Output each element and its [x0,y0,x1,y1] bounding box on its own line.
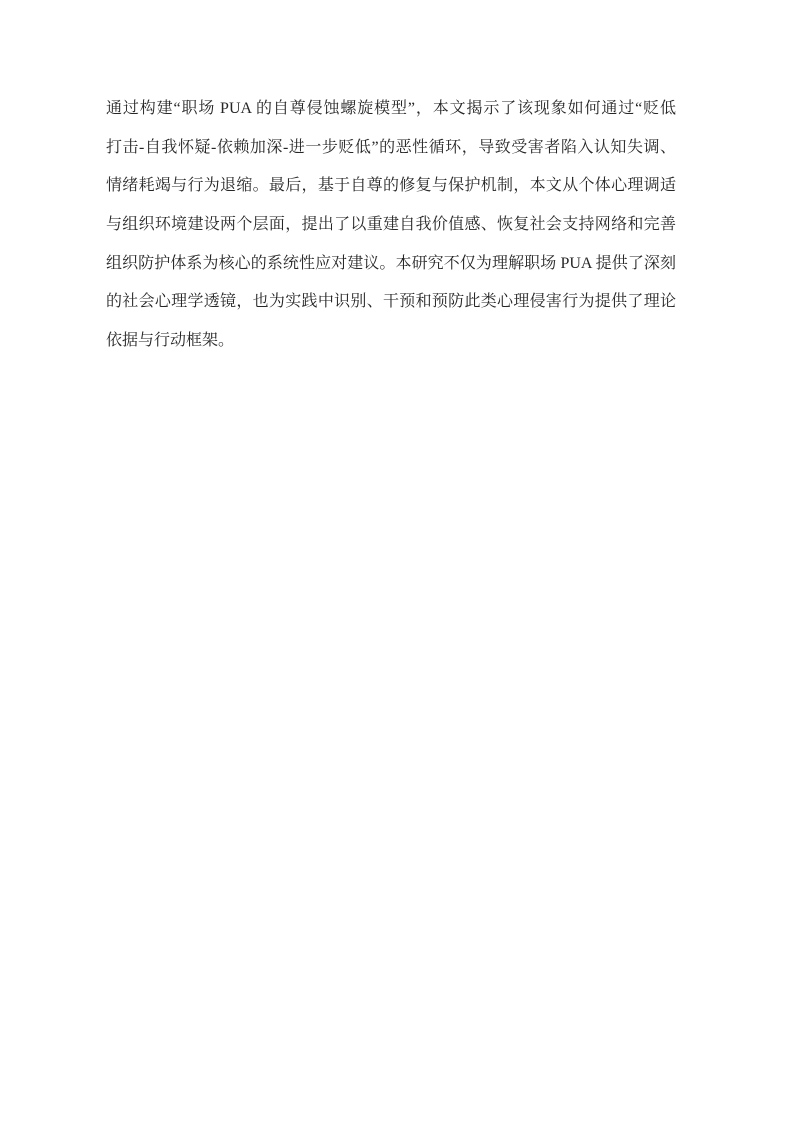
paragraph-line-2: 打击-自我怀疑-依赖加深-进一步贬低”的恶性循环，导致受害者陷入认知失调、 [106,129,676,168]
paragraph-line-3: 情绪耗竭与行为退缩。最后，基于自尊的修复与保护机制，本文从个体心理调适 [106,167,676,206]
document-page: 通过构建“职场 PUA 的自尊侵蚀螺旋模型”，本文揭示了该现象如何通过“贬低 打… [0,0,793,1122]
paragraph-line-7: 依据与行动框架。 [106,322,676,361]
paragraph-line-1: 通过构建“职场 PUA 的自尊侵蚀螺旋模型”，本文揭示了该现象如何通过“贬低 [106,90,676,129]
abstract-paragraph: 通过构建“职场 PUA 的自尊侵蚀螺旋模型”，本文揭示了该现象如何通过“贬低 打… [106,90,676,361]
paragraph-line-5: 组织防护体系为核心的系统性应对建议。本研究不仅为理解职场 PUA 提供了深刻 [106,245,676,284]
paragraph-line-6: 的社会心理学透镜，也为实践中识别、干预和预防此类心理侵害行为提供了理论 [106,283,676,322]
paragraph-line-4: 与组织环境建设两个层面，提出了以重建自我价值感、恢复社会支持网络和完善 [106,206,676,245]
